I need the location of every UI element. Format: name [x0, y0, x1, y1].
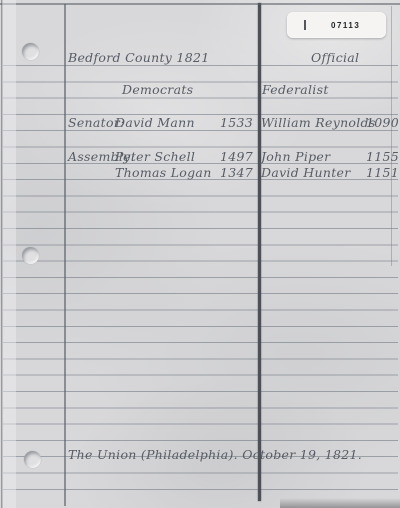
- federalist-candidate: John Piper: [261, 149, 330, 165]
- democrat-candidate: Thomas Logan: [115, 165, 212, 181]
- punch-hole-bottom: [24, 451, 41, 468]
- column-header-democrats: Democrats: [122, 82, 193, 98]
- page-right-edge: [391, 6, 392, 266]
- page-top-edge: [0, 3, 400, 5]
- federalist-vote-count: 1151: [366, 165, 396, 181]
- archive-label-number: 07113: [331, 21, 360, 30]
- page-left-highlight: [2, 0, 16, 508]
- punch-hole-top: [22, 43, 39, 60]
- source-citation: The Union (Philadelphia). October 19, 18…: [68, 447, 362, 463]
- column-divider-line: [258, 3, 261, 501]
- margin-line: [64, 4, 66, 506]
- status-note: Official: [311, 50, 359, 66]
- label-tick-mark: [304, 20, 306, 30]
- federalist-vote-count: 1090: [366, 115, 396, 131]
- democrat-candidate: Peter Schell: [115, 149, 195, 165]
- archive-label-sticker: 07113: [287, 12, 386, 38]
- result-row-assembly: Assembly: Peter Schell 1497 John Piper 1…: [0, 149, 400, 165]
- scanned-ledger-page: 07113 Bedford County 1821 Official Democ…: [0, 0, 400, 508]
- democrat-vote-count: 1497: [220, 149, 252, 165]
- column-header-federalist: Federalist: [262, 82, 329, 98]
- bottom-corner-shadow: [280, 498, 400, 508]
- democrat-vote-count: 1533: [220, 115, 252, 131]
- punch-hole-middle: [22, 247, 39, 264]
- democrat-candidate: David Mann: [115, 115, 195, 131]
- federalist-candidate: David Hunter: [261, 165, 351, 181]
- page-title: Bedford County 1821: [68, 50, 209, 66]
- result-row-senator: Senator: David Mann 1533 William Reynold…: [0, 115, 400, 131]
- democrat-vote-count: 1347: [220, 165, 252, 181]
- federalist-vote-count: 1155: [366, 149, 396, 165]
- result-row-assembly-second: Thomas Logan 1347 David Hunter 1151: [0, 165, 400, 181]
- federalist-candidate: William Reynolds: [261, 115, 376, 131]
